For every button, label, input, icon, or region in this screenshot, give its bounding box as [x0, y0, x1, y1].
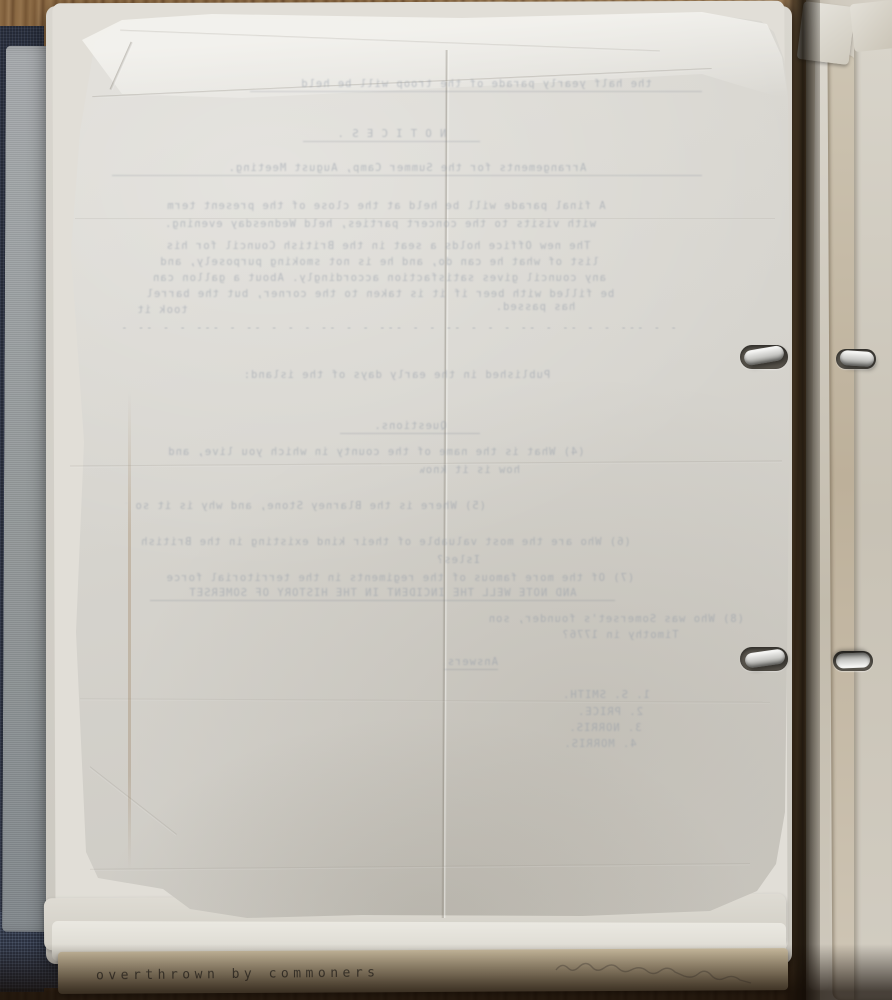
photo-of-binder-document: overthrown by commoners the half yearly …: [0, 0, 892, 1000]
binder-fastener-prong: [836, 652, 871, 668]
left-edge-stain: [128, 390, 131, 870]
right-stack-folded-corner: [850, 0, 892, 52]
right-stack-sheet-edge: [854, 40, 892, 1000]
binder-fastener-prong: [840, 350, 875, 367]
main-document-page: [62, 12, 790, 932]
bottom-shadow: [0, 944, 892, 1000]
crease-line: [75, 218, 775, 220]
